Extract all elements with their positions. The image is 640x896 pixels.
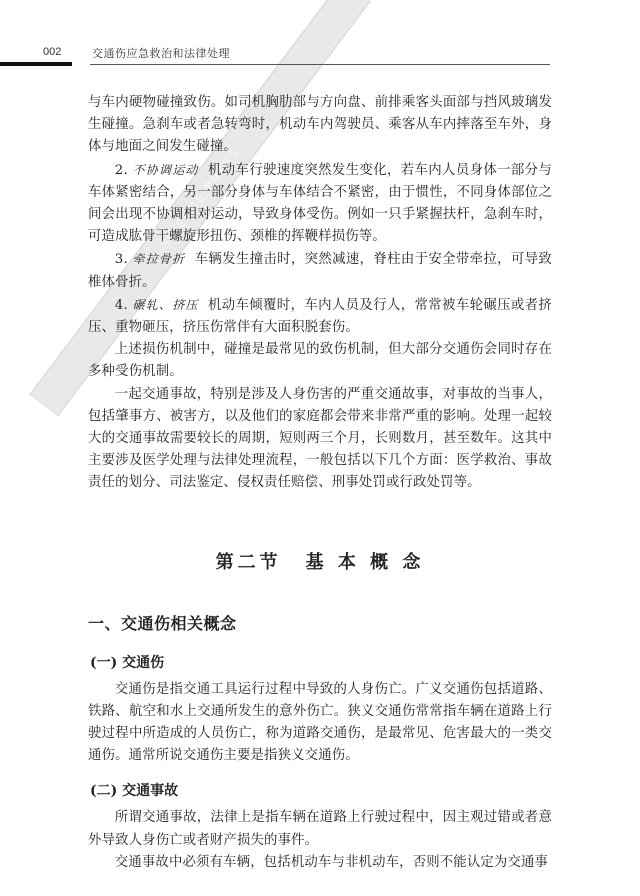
paragraph-continued: 与车内硬物碰撞致伤。如司机胸肋部与方向盘、前排乘客头面部与挡风玻璃发生碰撞。急刹… (88, 92, 552, 159)
page-body: 与车内硬物碰撞致伤。如司机胸肋部与方向盘、前排乘客头面部与挡风玻璃发生碰撞。急刹… (88, 92, 552, 874)
paragraph: 所谓交通事故，法律上是指车辆在道路上行驶过程中，因主观过错或者意外导致人身伤亡或… (88, 807, 552, 851)
item-number: 2. (115, 163, 128, 178)
page-header: 002 交通伤应急救治和法律处理 (0, 44, 640, 68)
header-thick-rule (0, 62, 72, 66)
paragraph: 交通伤是指交通工具运行过程中导致的人身伤亡。广义交通伤包括道路、铁路、航空和水上… (88, 679, 552, 768)
list-item-4: 4. 碾轧、挤压 机动车倾覆时，车内人员及行人，常常被车轮碾压或者挤压、重物砸压… (88, 294, 552, 339)
paragraph: 上述损伤机制中，碰撞是最常见的致伤机制，但大部分交通伤会同时存在多种受伤机制。 (88, 339, 552, 383)
section-title: 第二节基 本 概 念 (88, 543, 552, 583)
running-title: 交通伤应急救治和法律处理 (92, 45, 230, 61)
item-number: 3. (115, 252, 128, 267)
subheading-traffic-injury: (一) 交通伤 (90, 651, 552, 675)
paragraph: 交通事故中必须有车辆，包括机动车与非机动车，否则不能认定为交通事 (88, 852, 552, 874)
list-item-2: 2. 不协调运动 机动车行驶速度突然发生变化，若车内人员身体一部分与车体紧密结合… (88, 159, 552, 249)
subheading-traffic-accident: (二) 交通事故 (90, 779, 552, 803)
paragraph: 一起交通事故，特别是涉及人身伤害的严重交通故事，对事故的当事人，包括肇事方、被害… (88, 384, 552, 495)
heading-level-1: 一、交通伤相关概念 (88, 609, 552, 639)
section-number: 第二节 (216, 552, 282, 573)
header-thin-rule (90, 64, 550, 65)
item-term: 不协调运动 (133, 163, 199, 177)
item-number: 4. (115, 298, 128, 313)
section-name: 基 本 概 念 (306, 552, 425, 573)
item-term: 碾轧、挤压 (133, 298, 199, 312)
item-term: 牵拉骨折 (133, 252, 186, 266)
page-number: 002 (43, 46, 61, 58)
list-item-3: 3. 牵拉骨折 车辆发生撞击时，突然减速，脊柱由于安全带牵拉，可导致椎体骨折。 (88, 248, 552, 293)
